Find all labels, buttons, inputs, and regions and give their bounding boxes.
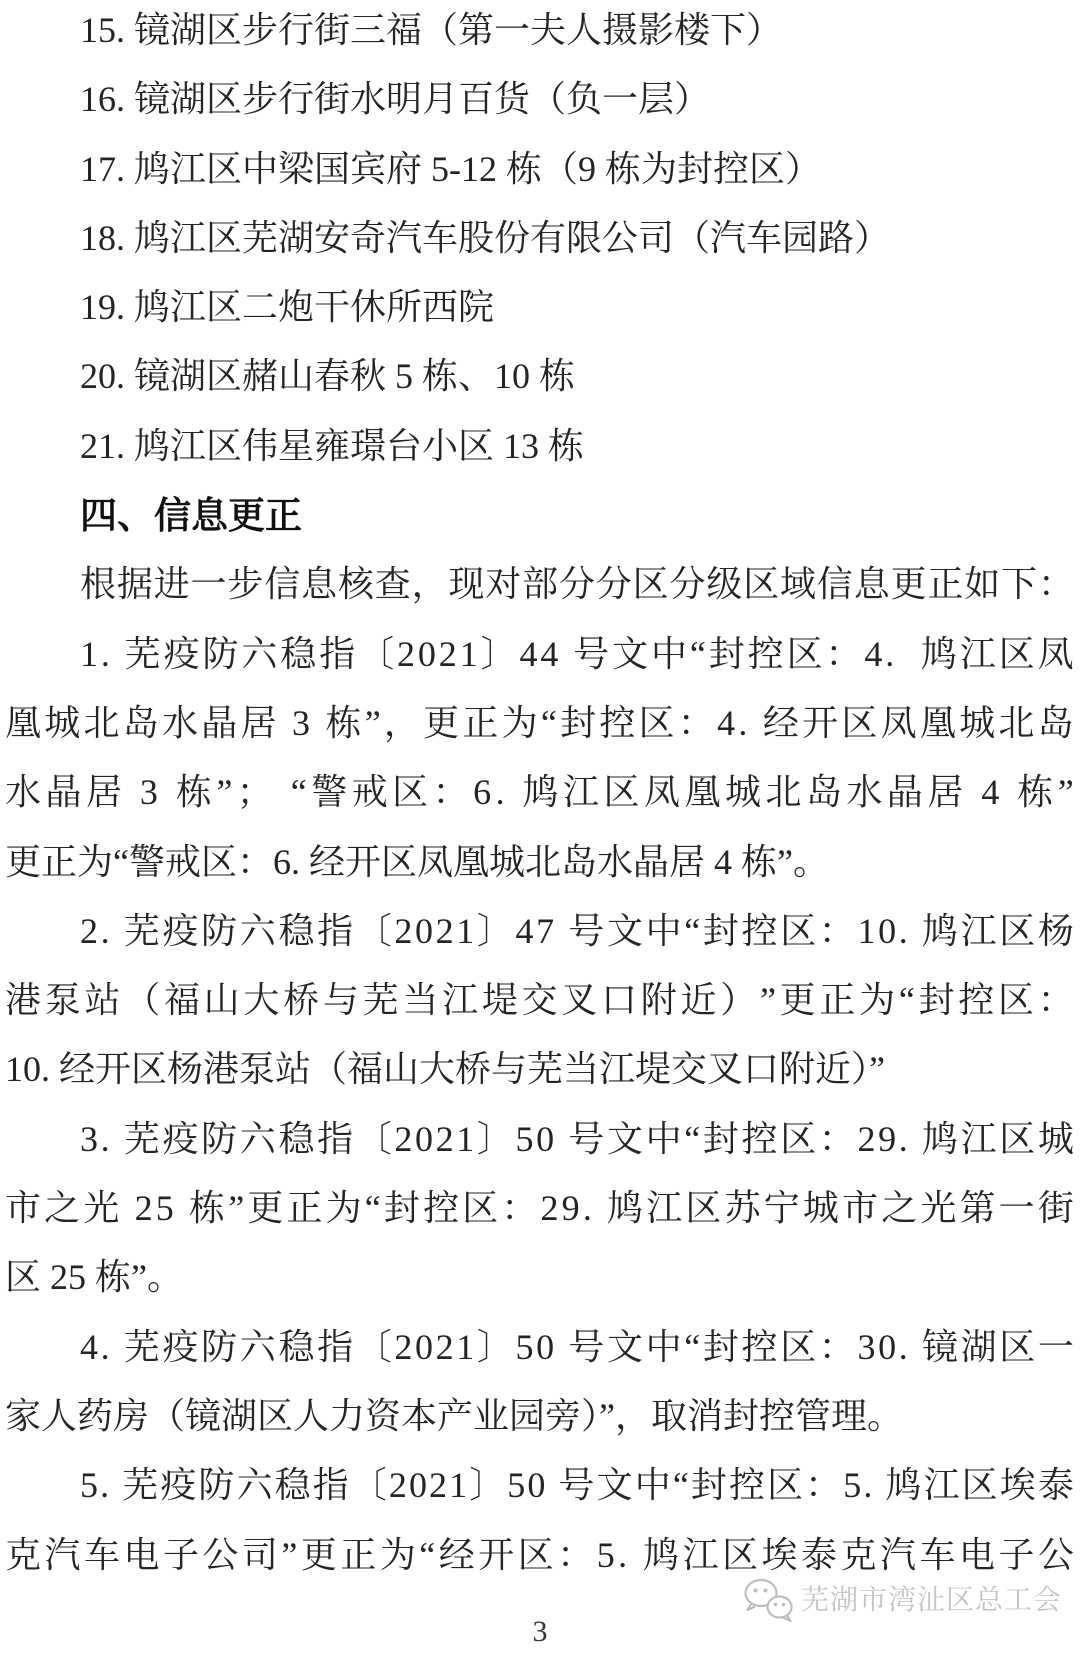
list-item: 15. 镜湖区步行街三福（第一夫人摄影楼下） bbox=[5, 0, 1074, 65]
section-heading: 四、信息更正 bbox=[5, 481, 1074, 550]
page-number: 3 bbox=[0, 1615, 1080, 1649]
paragraph-line: 市之光 25 栋”更正为“封控区：29. 鸠江区苏宁城市之光第一街 bbox=[5, 1174, 1074, 1243]
paragraph-line: 区 25 栋”。 bbox=[5, 1243, 1074, 1312]
paragraph-line: 5. 芜疫防六稳指〔2021〕50 号文中“封控区：5. 鸠江区埃泰 bbox=[5, 1451, 1074, 1520]
paragraph-line: 10. 经开区杨港泵站（福山大桥与芜当江堤交叉口附近）” bbox=[5, 1035, 1074, 1104]
paragraph-line: 港泵站（福山大桥与芜当江堤交叉口附近）”更正为“封控区： bbox=[5, 966, 1074, 1035]
paragraph-line: 3. 芜疫防六稳指〔2021〕50 号文中“封控区：29. 鸠江区城 bbox=[5, 1105, 1074, 1174]
paragraph-line: 水晶居 3 栋”； “警戒区：6. 鸠江区凤凰城北岛水晶居 4 栋” bbox=[5, 758, 1074, 827]
document-body: 15. 镜湖区步行街三福（第一夫人摄影楼下）16. 镜湖区步行街水明月百货（负一… bbox=[5, 0, 1074, 1590]
paragraph-line: 1. 芜疫防六稳指〔2021〕44 号文中“封控区：4. 鸠江区凤 bbox=[5, 620, 1074, 689]
paragraph-line: 凰城北岛水晶居 3 栋”，更正为“封控区：4. 经开区凤凰城北岛 bbox=[5, 689, 1074, 758]
paragraph-line: 4. 芜疫防六稳指〔2021〕50 号文中“封控区：30. 镜湖区一 bbox=[5, 1313, 1074, 1382]
list-item: 17. 鸠江区中梁国宾府 5-12 栋（9 栋为封控区） bbox=[5, 135, 1074, 204]
paragraph-line: 2. 芜疫防六稳指〔2021〕47 号文中“封控区：10. 鸠江区杨 bbox=[5, 897, 1074, 966]
paragraph-line: 家人药房（镜湖区人力资本产业园旁）”，取消封控管理。 bbox=[5, 1382, 1074, 1451]
list-item: 20. 镜湖区赭山春秋 5 栋、10 栋 bbox=[5, 342, 1074, 411]
list-item: 19. 鸠江区二炮干休所西院 bbox=[5, 273, 1074, 342]
paragraph-line: 根据进一步信息核查，现对部分分区分级区域信息更正如下： bbox=[5, 550, 1074, 619]
list-item: 18. 鸠江区芜湖安奇汽车股份有限公司（汽车园路） bbox=[5, 204, 1074, 273]
document-page: { "page": { "number": "3", "background":… bbox=[0, 0, 1080, 1653]
list-item: 16. 镜湖区步行街水明月百货（负一层） bbox=[5, 65, 1074, 134]
list-item: 21. 鸠江区伟星雍璟台小区 13 栋 bbox=[5, 412, 1074, 481]
paragraph-line: 更正为“警戒区：6. 经开区凤凰城北岛水晶居 4 栋”。 bbox=[5, 828, 1074, 897]
